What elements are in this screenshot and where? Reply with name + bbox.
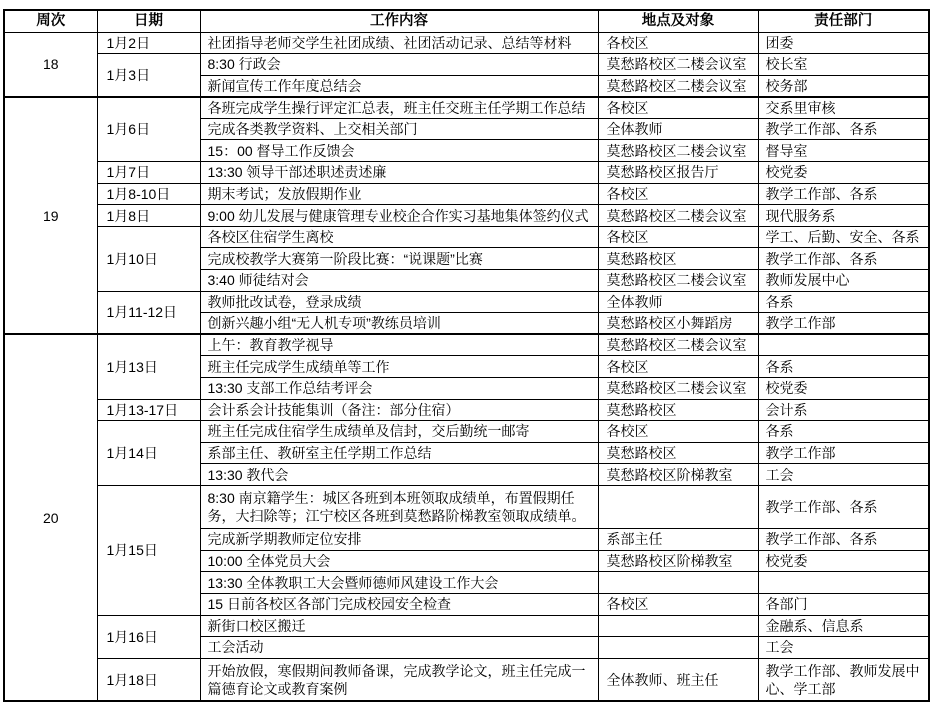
content-cell: 创新兴趣小组“无人机专项”教练员培训 (200, 313, 598, 335)
table-row: 19 1月6日 各班完成学生操行评定汇总表，班主任交班主任学期工作总结 各校区 … (4, 97, 929, 119)
content-cell: 各校区住宿学生离校 (200, 226, 598, 248)
dept-cell: 各系 (758, 421, 929, 443)
location-cell: 莫愁路校区阶梯教室 (598, 464, 758, 486)
date-cell: 1月15日 (97, 485, 200, 615)
location-cell: 全体教师 (598, 291, 758, 313)
dept-cell: 工会 (758, 464, 929, 486)
table-row: 1月8-10日 期末考试；发放假期作业 各校区 教学工作部、各系 (4, 183, 929, 205)
location-cell: 莫愁路校区报告厅 (598, 162, 758, 184)
table-row: 1月10日 各校区住宿学生离校 各校区 学工、后勤、安全、各系 (4, 226, 929, 248)
content-cell: 13:30 全体教职工大会暨师德师风建设工作大会 (200, 572, 598, 594)
column-header-date: 日期 (97, 10, 200, 32)
content-cell: 15 日前各校区各部门完成校园安全检查 (200, 593, 598, 615)
date-cell: 1月18日 (97, 658, 200, 701)
dept-cell: 交系里审核 (758, 97, 929, 119)
table-row: 1月8日 9:00 幼儿发展与健康管理专业校企合作实习基地集体签约仪式 莫愁路校… (4, 205, 929, 227)
date-cell: 1月8日 (97, 205, 200, 227)
content-cell: 完成新学期教师定位安排 (200, 529, 598, 551)
table-row: 18 1月2日 社团指导老师交学生社团成绩、社团活动记录、总结等材料 各校区 团… (4, 32, 929, 54)
content-cell: 上午：教育教学视导 (200, 334, 598, 356)
date-cell: 1月14日 (97, 421, 200, 486)
dept-cell: 各部门 (758, 593, 929, 615)
content-cell: 15：00 督导工作反馈会 (200, 140, 598, 162)
date-cell: 1月10日 (97, 226, 200, 291)
location-cell: 系部主任 (598, 529, 758, 551)
content-cell: 13:30 支部工作总结考评会 (200, 378, 598, 400)
location-cell: 各校区 (598, 97, 758, 119)
column-header-content: 工作内容 (200, 10, 598, 32)
dept-cell: 各系 (758, 356, 929, 378)
date-cell: 1月16日 (97, 615, 200, 658)
table-row: 1月7日 13:30 领导干部述职述责述廉 莫愁路校区报告厅 校党委 (4, 162, 929, 184)
dept-cell: 校党委 (758, 162, 929, 184)
content-cell: 10:00 全体党员大会 (200, 550, 598, 572)
dept-cell: 团委 (758, 32, 929, 54)
location-cell: 全体教师、班主任 (598, 658, 758, 701)
location-cell (598, 485, 758, 528)
content-cell: 班主任完成住宿学生成绩单及信封，交后勤统一邮寄 (200, 421, 598, 443)
column-header-location: 地点及对象 (598, 10, 758, 32)
table-row: 1月16日 新街口校区搬迁 金融系、信息系 (4, 615, 929, 637)
content-cell: 新闻宣传工作年度总结会 (200, 75, 598, 97)
week-cell: 20 (4, 334, 97, 701)
location-cell: 莫愁路校区二楼会议室 (598, 378, 758, 400)
work-schedule-table: 周次 日期 工作内容 地点及对象 责任部门 18 1月2日 社团指导老师交学生社… (3, 9, 930, 702)
dept-cell: 教学工作部、各系 (758, 485, 929, 528)
content-cell: 3:40 师徒结对会 (200, 270, 598, 292)
date-cell: 1月6日 (97, 97, 200, 162)
table-row: 1月15日 8:30 南京籍学生：城区各班到本班领取成绩单，布置假期任务，大扫除… (4, 485, 929, 528)
dept-cell (758, 334, 929, 356)
content-cell: 新街口校区搬迁 (200, 615, 598, 637)
table-row: 20 1月13日 上午：教育教学视导 莫愁路校区二楼会议室 (4, 334, 929, 356)
date-cell: 1月13日 (97, 334, 200, 399)
location-cell: 各校区 (598, 183, 758, 205)
date-cell: 1月7日 (97, 162, 200, 184)
content-cell: 完成各类教学资料、上交相关部门 (200, 118, 598, 140)
location-cell: 各校区 (598, 32, 758, 54)
location-cell: 各校区 (598, 356, 758, 378)
table-row: 1月11-12日 教师批改试卷，登录成绩 全体教师 各系 (4, 291, 929, 313)
content-cell: 13:30 领导干部述职述责述廉 (200, 162, 598, 184)
content-cell: 开始放假，寒假期间教师备课，完成教学论文，班主任完成一篇德育论文或教育案例 (200, 658, 598, 701)
dept-cell (758, 572, 929, 594)
location-cell: 莫愁路校区二楼会议室 (598, 334, 758, 356)
header-row: 周次 日期 工作内容 地点及对象 责任部门 (4, 10, 929, 32)
location-cell (598, 572, 758, 594)
content-cell: 会计系会计技能集训（备注：部分住宿） (200, 399, 598, 421)
table-row: 1月18日 开始放假，寒假期间教师备课，完成教学论文，班主任完成一篇德育论文或教… (4, 658, 929, 701)
content-cell: 社团指导老师交学生社团成绩、社团活动记录、总结等材料 (200, 32, 598, 54)
location-cell (598, 637, 758, 659)
dept-cell: 教学工作部、各系 (758, 118, 929, 140)
week-cell: 19 (4, 97, 97, 335)
content-cell: 系部主任、教研室主任学期工作总结 (200, 442, 598, 464)
dept-cell: 校党委 (758, 378, 929, 400)
date-cell: 1月3日 (97, 54, 200, 97)
location-cell: 莫愁路校区 (598, 399, 758, 421)
location-cell: 各校区 (598, 226, 758, 248)
location-cell: 莫愁路校区二楼会议室 (598, 205, 758, 227)
location-cell: 莫愁路校区 (598, 248, 758, 270)
dept-cell: 教学工作部 (758, 313, 929, 335)
location-cell: 莫愁路校区二楼会议室 (598, 140, 758, 162)
content-cell: 完成校教学大赛第一阶段比赛：“说课题”比赛 (200, 248, 598, 270)
location-cell: 莫愁路校区二楼会议室 (598, 75, 758, 97)
dept-cell: 金融系、信息系 (758, 615, 929, 637)
content-cell: 教师批改试卷，登录成绩 (200, 291, 598, 313)
column-header-week: 周次 (4, 10, 97, 32)
dept-cell: 教学工作部、各系 (758, 248, 929, 270)
content-cell: 8:30 行政会 (200, 54, 598, 76)
table-row: 1月3日 8:30 行政会 莫愁路校区二楼会议室 校长室 (4, 54, 929, 76)
content-cell: 各班完成学生操行评定汇总表，班主任交班主任学期工作总结 (200, 97, 598, 119)
dept-cell: 教师发展中心 (758, 270, 929, 292)
location-cell: 莫愁路校区小舞蹈房 (598, 313, 758, 335)
content-cell: 9:00 幼儿发展与健康管理专业校企合作实习基地集体签约仪式 (200, 205, 598, 227)
dept-cell: 学工、后勤、安全、各系 (758, 226, 929, 248)
dept-cell: 督导室 (758, 140, 929, 162)
location-cell: 全体教师 (598, 118, 758, 140)
date-cell: 1月8-10日 (97, 183, 200, 205)
location-cell: 各校区 (598, 421, 758, 443)
dept-cell: 教学工作部、各系 (758, 183, 929, 205)
table-row: 1月14日 班主任完成住宿学生成绩单及信封，交后勤统一邮寄 各校区 各系 (4, 421, 929, 443)
column-header-dept: 责任部门 (758, 10, 929, 32)
location-cell: 莫愁路校区二楼会议室 (598, 270, 758, 292)
week-cell: 18 (4, 32, 97, 97)
dept-cell: 各系 (758, 291, 929, 313)
dept-cell: 现代服务系 (758, 205, 929, 227)
date-cell: 1月2日 (97, 32, 200, 54)
content-cell: 期末考试；发放假期作业 (200, 183, 598, 205)
dept-cell: 教学工作部、教师发展中心、学工部 (758, 658, 929, 701)
date-cell: 1月11-12日 (97, 291, 200, 334)
content-cell: 13:30 教代会 (200, 464, 598, 486)
location-cell: 莫愁路校区二楼会议室 (598, 54, 758, 76)
dept-cell: 会计系 (758, 399, 929, 421)
dept-cell: 校党委 (758, 550, 929, 572)
dept-cell: 工会 (758, 637, 929, 659)
content-cell: 班主任完成学生成绩单等工作 (200, 356, 598, 378)
location-cell: 各校区 (598, 593, 758, 615)
dept-cell: 校务部 (758, 75, 929, 97)
content-cell: 工会活动 (200, 637, 598, 659)
location-cell: 莫愁路校区阶梯教室 (598, 550, 758, 572)
dept-cell: 教学工作部 (758, 442, 929, 464)
table-row: 1月13-17日 会计系会计技能集训（备注：部分住宿） 莫愁路校区 会计系 (4, 399, 929, 421)
location-cell (598, 615, 758, 637)
date-cell: 1月13-17日 (97, 399, 200, 421)
content-cell: 8:30 南京籍学生：城区各班到本班领取成绩单，布置假期任务，大扫除等；江宁校区… (200, 485, 598, 528)
dept-cell: 校长室 (758, 54, 929, 76)
dept-cell: 教学工作部、各系 (758, 529, 929, 551)
location-cell: 莫愁路校区 (598, 442, 758, 464)
